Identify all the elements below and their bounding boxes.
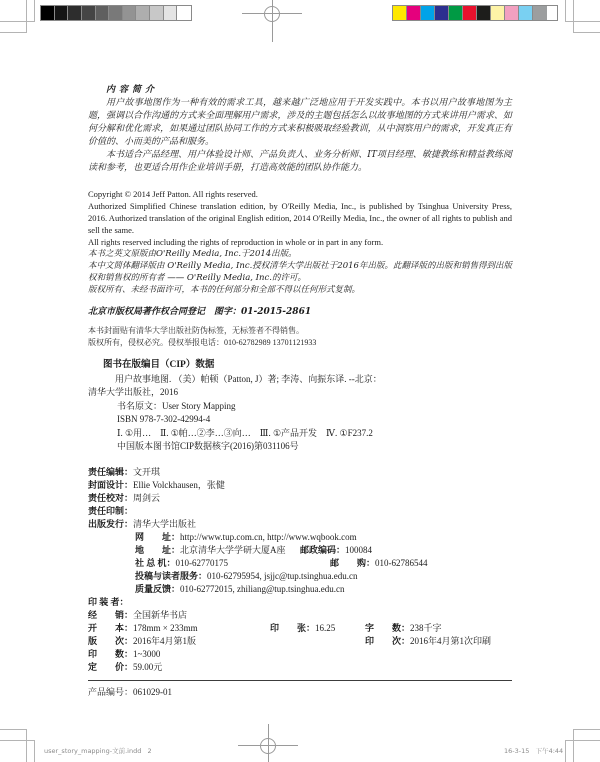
impression-cell: 印 次：2016年4月第1次印刷 (365, 635, 491, 648)
publisher-label: 出版发行： (88, 519, 133, 529)
reader-service-row: 投稿与读者服务：010-62795954, jsjjc@tup.tsinghua… (88, 570, 512, 583)
mail-order-cell: 邮 购：010-62786544 (330, 557, 428, 570)
intro-paragraph-1: 用户故事地图作为一种有效的需求工具，越来越广泛地应用于开发实践中。本书以用户故事… (88, 97, 512, 149)
staff-row-cover-design: 封面设计：Ellie Volckhausen，张健 (88, 479, 512, 492)
color-calibration-bar (392, 5, 558, 21)
footer-datetime: 16-3-15 下午4:44 (504, 746, 563, 755)
edition-row: 版 次：2016年4月第1版 印 次：2016年4月第1次印刷 (88, 635, 512, 648)
copyright-line: 版权所有、未经书面许可，本书的任何部分和全部不得以任何形式复制。 (88, 284, 512, 296)
cip-title: 图书在版编目（CIP）数据 (103, 359, 512, 373)
edition-label: 版 次： (88, 636, 133, 646)
distribution-label: 经 销： (88, 610, 133, 620)
calibration-swatch (109, 6, 123, 20)
calibration-swatch (164, 6, 178, 20)
quality-feedback-label: 质量反馈： (135, 584, 180, 594)
cip-record-number: 中国版本图书馆CIP数据核字(2016)第031106号 (117, 440, 512, 454)
calibration-swatch (435, 6, 449, 20)
copyright-registration-number: 北京市版权局著作权合同登记 图字：01-2015-2861 (88, 304, 512, 317)
book-copyright-page: 内容简介 用户故事地图作为一种有效的需求工具，越来越广泛地应用于开发实践中。本书… (0, 0, 600, 762)
staff-value: 文开琪 (133, 467, 160, 477)
calibration-swatch (421, 6, 435, 20)
address-value: 北京清华大学学研大厦A座 (180, 545, 286, 555)
format-value: 178mm × 233mm (133, 623, 198, 633)
address-label: 地 址： (135, 545, 180, 555)
publisher-address-row: 地 址：北京清华大学学研大厦A座 邮政编码：100084 (88, 544, 512, 557)
staff-label: 责任编辑： (88, 467, 133, 477)
copyright-line: All rights reserved including the rights… (88, 236, 512, 248)
cip-original-title: 书名原文：User Story Mapping (117, 400, 512, 414)
staff-label: 封面设计： (88, 480, 133, 490)
website-label: 网 址： (135, 532, 180, 542)
calibration-swatch (491, 6, 505, 20)
copyright-english-block: Copyright © 2014 Jeff Patton. All rights… (88, 188, 512, 248)
calibration-swatch (136, 6, 150, 20)
calibration-swatch (449, 6, 463, 20)
word-count-label: 字 数： (365, 623, 410, 633)
switchboard-value: 010-62770175 (176, 558, 229, 568)
calibration-swatch (55, 6, 69, 20)
reader-service-label: 投稿与读者服务： (135, 571, 207, 581)
product-number-row: 产品编号：061029-01 (88, 686, 512, 699)
calibration-swatch (150, 6, 164, 20)
divider-rule (88, 680, 512, 681)
calibration-swatch (82, 6, 96, 20)
price-value: 59.00元 (133, 662, 162, 672)
mail-order-label: 邮 购： (330, 558, 375, 568)
format-row: 开 本：178mm × 233mm 印 张：16.25 字 数：238千字 (88, 622, 512, 635)
grayscale-calibration-bar (40, 5, 192, 21)
staff-row-print-supervisor: 责任印制： (88, 505, 512, 518)
quality-feedback-row: 质量反馈：010-62772015, zhiliang@tup.tsinghua… (88, 583, 512, 596)
notice-line: 版权所有，侵权必究。侵权举报电话：010-62782989 1370112193… (88, 337, 512, 349)
staff-row-proofreader: 责任校对：周剑云 (88, 492, 512, 505)
staff-label: 责任印制： (88, 506, 133, 516)
crop-mark-top-left-inner (0, 0, 27, 33)
copyright-line: 本中文简体翻译版由 O'Reilly Media, Inc.授权清华大学出版社于… (88, 260, 512, 284)
sheets-cell: 印 张：16.25 (270, 622, 335, 635)
impression-value: 2016年4月第1次印刷 (410, 636, 491, 646)
distribution-row: 经 销：全国新华书店 (88, 609, 512, 622)
footer-file-info: user_story_mapping-文前.indd 2 (44, 746, 152, 755)
calibration-swatch (177, 6, 191, 20)
intro-section: 内容简介 用户故事地图作为一种有效的需求工具，越来越广泛地应用于开发实践中。本书… (88, 84, 512, 175)
edition-value: 2016年4月第1版 (133, 636, 196, 646)
print-run-row: 印 数：1~3000 (88, 648, 512, 661)
price-label: 定 价： (88, 662, 133, 672)
sheets-label: 印 张： (270, 623, 315, 633)
content-column: 内容简介 用户故事地图作为一种有效的需求工具，越来越广泛地应用于开发实践中。本书… (88, 84, 512, 699)
distribution-value: 全国新华书店 (133, 610, 187, 620)
cip-entry-line: 清华大学出版社，2016 (88, 386, 512, 400)
copyright-line: Copyright © 2014 Jeff Patton. All rights… (88, 188, 512, 200)
website-value: http://www.tup.com.cn, http://www.wqbook… (180, 532, 357, 542)
printer-row: 印 装 者： (88, 596, 512, 609)
copyright-line: 本书之英文原版由O'Reilly Media, Inc.于2014出版。 (88, 248, 512, 260)
calibration-swatch (96, 6, 110, 20)
notice-line: 本书封面贴有清华大学出版社防伪标签，无标签者不得销售。 (88, 325, 512, 337)
intro-paragraph-2: 本书适合产品经理、用户体验设计师、产品负责人、业务分析师、IT项目经理、敏捷教练… (88, 149, 512, 175)
sheets-value: 16.25 (315, 623, 335, 633)
calibration-swatch (505, 6, 519, 20)
intro-title: 内容简介 (88, 84, 512, 97)
mail-order-value: 010-62786544 (375, 558, 428, 568)
calibration-swatch (519, 6, 533, 20)
registration-circle (264, 6, 280, 22)
staff-value: Ellie Volckhausen，张健 (133, 480, 225, 490)
calibration-swatch (123, 6, 137, 20)
copyright-chinese-block: 本书之英文原版由O'Reilly Media, Inc.于2014出版。 本中文… (88, 248, 512, 296)
switchboard-label: 社 总 机： (135, 558, 176, 568)
crop-mark-bottom-right-inner (573, 729, 600, 762)
calibration-swatch (68, 6, 82, 20)
word-count-cell: 字 数：238千字 (365, 622, 442, 635)
calibration-swatch (463, 6, 477, 20)
publisher-value: 清华大学出版社 (133, 519, 196, 529)
cip-classification: Ⅰ. ①用… Ⅱ. ①帕…②李…③向… Ⅲ. ①产品开发 Ⅳ. ①F237.2 (117, 427, 512, 441)
calibration-swatch (41, 6, 55, 20)
zip-code-cell: 邮政编码：100084 (300, 544, 372, 557)
cip-entry-line: 用户故事地图. （美）帕顿（Patton, J）著; 李涛、向振东译. --北京… (103, 373, 512, 387)
calibration-swatch (393, 6, 407, 20)
product-number-value: 061029-01 (133, 687, 172, 697)
word-count-value: 238千字 (410, 623, 442, 633)
printer-label: 印 装 者： (88, 597, 129, 607)
anti-piracy-notices: 本书封面贴有清华大学出版社防伪标签，无标签者不得销售。 版权所有，侵权必究。侵权… (88, 325, 512, 349)
print-run-label: 印 数： (88, 649, 133, 659)
publisher-block: 出版发行：清华大学出版社 网 址：http://www.tup.com.cn, … (88, 518, 512, 674)
staff-row-editor: 责任编辑：文开琪 (88, 466, 512, 479)
zip-value: 100084 (345, 545, 372, 555)
publisher-website-row: 网 址：http://www.tup.com.cn, http://www.wq… (88, 531, 512, 544)
calibration-swatch (477, 6, 491, 20)
reader-service-value: 010-62795954, jsjjc@tup.tsinghua.edu.cn (207, 571, 358, 581)
crop-mark-bottom-left-inner (0, 729, 27, 762)
staff-label: 责任校对： (88, 493, 133, 503)
publisher-switchboard-row: 社 总 机：010-62770175 邮 购：010-62786544 (88, 557, 512, 570)
registration-mark-top (242, 0, 302, 42)
price-row: 定 价：59.00元 (88, 661, 512, 674)
copyright-line: Authorized Simplified Chinese translatio… (88, 200, 512, 236)
staff-value: 周剑云 (133, 493, 160, 503)
registration-mark-bottom (238, 724, 298, 762)
zip-label: 邮政编码： (300, 545, 345, 555)
staff-list: 责任编辑：文开琪 封面设计：Ellie Volckhausen，张健 责任校对：… (88, 466, 512, 518)
impression-label: 印 次： (365, 636, 410, 646)
quality-feedback-value: 010-62772015, zhiliang@tup.tsinghua.edu.… (180, 584, 345, 594)
product-number-label: 产品编号： (88, 687, 133, 697)
registration-circle (260, 738, 276, 754)
cip-data-block: 图书在版编目（CIP）数据 用户故事地图. （美）帕顿（Patton, J）著;… (103, 359, 512, 454)
publisher-row: 出版发行：清华大学出版社 (88, 518, 512, 531)
cip-isbn: ISBN 978-7-302-42994-4 (117, 413, 512, 427)
calibration-swatch (407, 6, 421, 20)
print-run-value: 1~3000 (133, 649, 160, 659)
crop-mark-top-right-inner (573, 0, 600, 33)
calibration-swatch (533, 6, 547, 20)
format-label: 开 本： (88, 623, 133, 633)
